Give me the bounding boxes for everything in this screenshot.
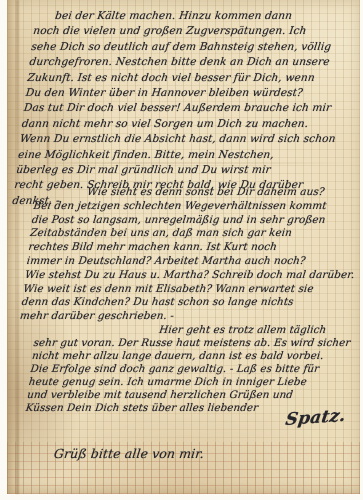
letter-line: denn das Kindchen? Du hast schon so lang… [21,296,353,310]
letter-line: Wie stehst Du zu Haus u. Martha? Schreib… [24,269,356,283]
letter-line: überleg es Dir mal gründlich und Du wirs… [15,163,347,178]
letter-line: immer in Deutschland? Arbeitet Martha au… [26,255,358,269]
letter-line: Zeitabständen bei uns an, daß man sich g… [29,227,361,241]
letter-line: und verbleibe mit tausend herzlichen Grü… [26,389,358,402]
letter-line: durchgefroren. Nestchen bitte denk an Di… [28,55,360,70]
letter-line: Die Erfolge sind doch ganz gewaltig. - L… [30,363,362,376]
letter-paper: bei der Kälte machen. Hinzu kommen dann … [7,0,360,494]
letter-line: Hier geht es trotz allem täglich [34,324,363,337]
letter-line: dann nicht mehr so viel Sorgen um Dich z… [21,117,353,132]
letter-line: Wenn Du ernstlich die Absicht hast, dann… [19,132,351,147]
letter-line: Wie sieht es denn sonst bei Dir daheim a… [34,186,363,200]
letter-line: Du den Winter über in Hannover bleiben w… [25,86,357,101]
letter-line: Zukunft. Ist es nicht doch viel besser f… [27,71,359,86]
letter-paragraph-2: Wie sieht es denn sonst bei Dir daheim a… [19,186,363,324]
letter-line: sehe Dich so deutlich auf dem Bahnsteig … [30,40,362,55]
letter-line: sehr gut voran. Der Russe haut meistens … [33,337,363,350]
letter-line: Das tut Dir doch viel besser! Außerdem b… [23,101,355,116]
letter-line: bei der Kälte machen. Hinzu kommen dann [34,9,363,24]
letter-line: Wie weit ist es denn mit Elisabeth? Wann… [22,283,354,297]
scanned-letter: bei der Kälte machen. Hinzu kommen dann … [0,0,363,500]
letter-line: noch die vielen und großen Zugverspätung… [32,24,363,39]
letter-line: die Post so langsam, unregelmäßig und in… [31,214,363,228]
letter-paragraph-3: Hier geht es trotz allem täglich sehr gu… [25,324,363,415]
letter-line: eine Möglichkeit finden. Bitte, mein Nes… [17,148,349,163]
letter-line: heute genug sein. Ich umarme Dich in inn… [28,376,360,389]
letter-line: Bei den jetzigen schlechten Wegeverhältn… [33,200,363,214]
postscript-line: Grüß bitte alle von mir. [53,446,205,461]
letter-line: nicht mehr allzu lange dauern, dann ist … [31,350,363,363]
letter-line: rechtes Bild mehr machen kann. Ist Kurt … [28,241,360,255]
letter-line: mehr darüber geschrieben. - [19,310,351,324]
letter-paragraph-1: bei der Kälte machen. Hinzu kommen dann … [11,9,363,209]
